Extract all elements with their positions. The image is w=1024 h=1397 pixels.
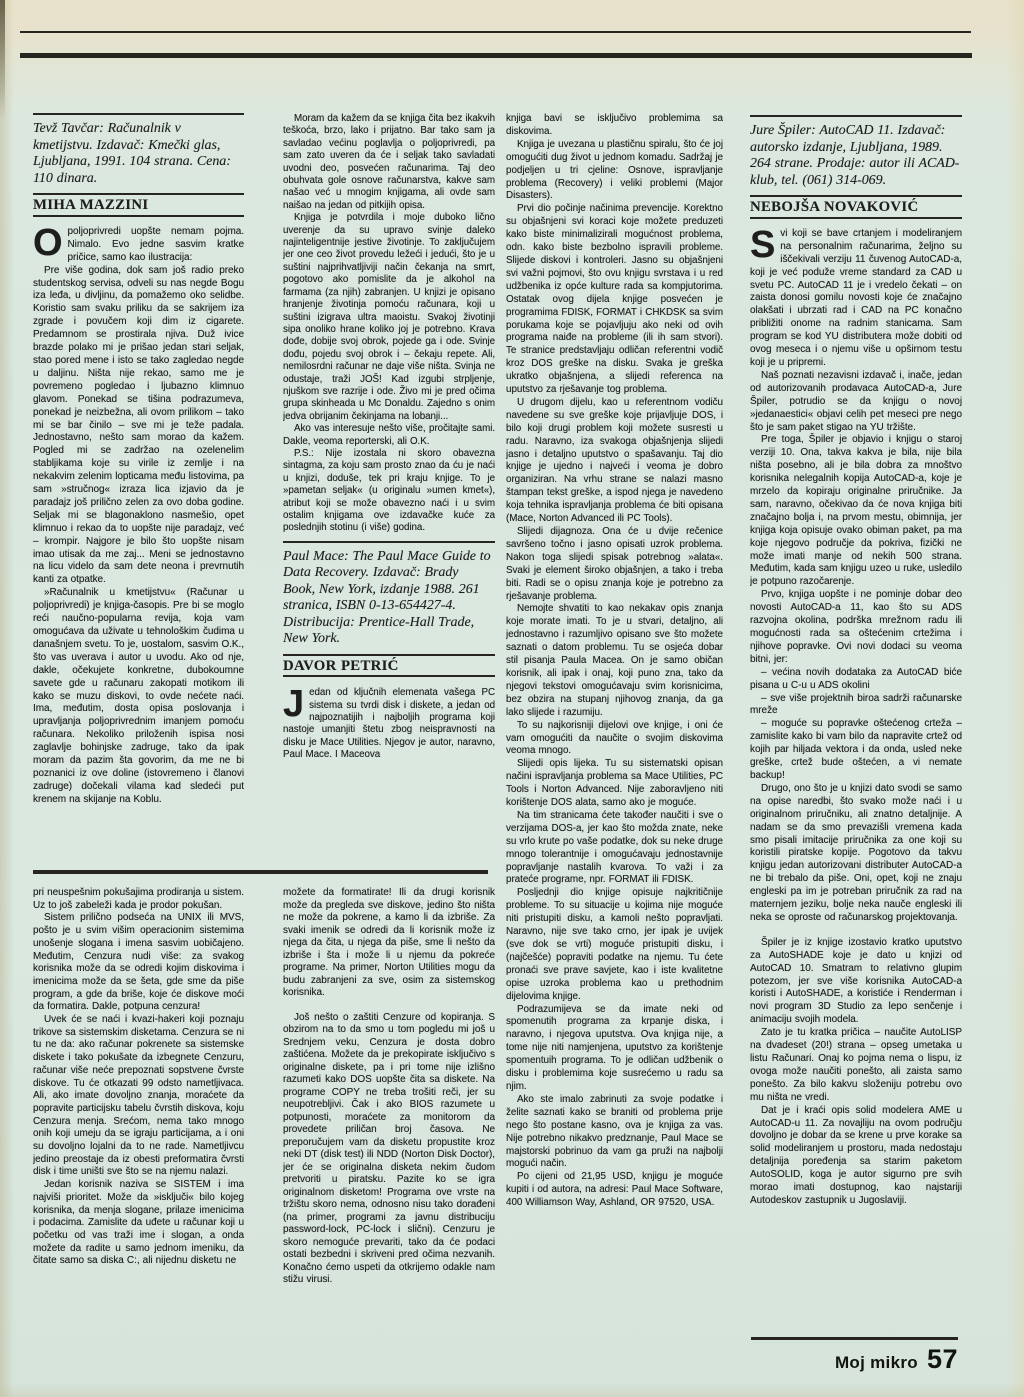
intro-text: vi koji se bave crtanjem i modeliranjem … — [750, 228, 962, 368]
drop-cap-s: S — [750, 228, 780, 260]
column-2-top: Moram da kažem da se knjiga čita bez ika… — [283, 113, 495, 870]
drop-cap-o: O — [33, 226, 68, 258]
paragraph: Uvek će se naći i kvazi-hakeri koji pozn… — [33, 1014, 244, 1179]
paper-edge-right — [1006, 0, 1024, 1397]
intro-text: poljoprivredi uopšte nemam pojma. Nimalo… — [68, 226, 244, 263]
intro-text: edan od ključnih elemenata vašega PC sis… — [283, 687, 495, 760]
column-2-bottom: možete da formatirate! Ili da drugi kori… — [283, 887, 495, 1335]
paragraph: Još nešto o zaštiti Cenzure od kopiranja… — [283, 1012, 495, 1287]
novakovic-col4-body: Naš poznati nezavisni izdavač i, inače, … — [750, 370, 962, 1208]
intro-paragraph-petric: Jedan od ključnih elemenata vašega PC si… — [283, 687, 495, 761]
intro-paragraph-mazzini: Opoljoprivredi uopšte nemam pojma. Nimal… — [33, 226, 244, 265]
paragraph: Knjiga je uvezana u plastičnu spiralu, š… — [506, 139, 723, 204]
paragraph: U drugom dijelu, kao u referentnom vodič… — [506, 397, 723, 526]
column-1-top: Tevž Tavčar: Računalnik v kmetijstvu. Iz… — [33, 113, 244, 868]
book-info-tavcar: Tevž Tavčar: Računalnik v kmetijstvu. Iz… — [33, 113, 244, 193]
paragraph: Knjiga je potvrdila i moje duboko lično … — [283, 212, 495, 423]
author-heading-mazzini: MIHA MAZZINI — [33, 193, 244, 217]
paragraph: Posljednji dio knjige opisuje najkritičn… — [506, 887, 723, 1003]
paragraph: Slijedi dijagnoza. Ona će u dvije rečeni… — [506, 526, 723, 603]
paragraph: Nemojte shvatiti to kao nekakav opis zna… — [506, 603, 723, 719]
paragraph: Prvo, knjiga uopšte i ne pominje dobar d… — [750, 589, 962, 666]
magazine-name: Moj mikro — [835, 1353, 918, 1372]
paragraph: Pre toga, Špiler je objavio i knjigu o s… — [750, 434, 962, 589]
paragraph: Prvi dio počinje načinima prevencije. Ko… — [506, 203, 723, 397]
top-thin-rule — [20, 31, 971, 33]
drop-cap-j: J — [283, 687, 309, 719]
paragraph: »Računalnik u kmetijstvu« (Računar u pol… — [33, 587, 244, 806]
magazine-page: Tevž Tavčar: Računalnik v kmetijstvu. Iz… — [0, 0, 1024, 1397]
paragraph: – sve više projektnih biroa sadrži račun… — [750, 693, 962, 719]
top-thick-rule — [20, 53, 972, 58]
paragraph: Moram da kažem da se knjiga čita bez ika… — [283, 113, 495, 212]
paper-edge-left — [0, 0, 14, 1397]
paragraph: Drugo, ono što je u knjizi dato svodi se… — [750, 783, 962, 925]
paragraph: Naš poznati nezavisni izdavač i, inače, … — [750, 370, 962, 435]
author-heading-novakovic: NEBOJŠA NOVAKOVIĆ — [750, 195, 962, 219]
column-4: Jure Špiler: AutoCAD 11. Izdavač: autors… — [750, 115, 962, 1325]
section-divider-rule — [33, 870, 488, 874]
paragraph: Zato je tu kratka pričica – naučite Auto… — [750, 1027, 962, 1104]
author-heading-petric: DAVOR PETRIĆ — [283, 654, 495, 677]
paragraph: Po cijeni od 21,95 USD, knjigu je moguće… — [506, 1171, 723, 1210]
petric-col3-body: knjiga bavi se isključivo problemima sa … — [506, 113, 723, 1210]
paragraph: pri neuspešnim pokušajima prodiranja u s… — [33, 887, 244, 912]
cenzura-col1-body: pri neuspešnim pokušajima prodiranja u s… — [33, 887, 244, 1268]
paragraph: Pre više godina, dok sam još radio preko… — [33, 265, 244, 588]
paragraph: knjiga bavi se isključivo problemima sa … — [506, 113, 723, 139]
paragraph: P.S.: Nije izostala ni skoro obavezna si… — [283, 448, 495, 535]
column-1-bottom: pri neuspešnim pokušajima prodiranja u s… — [33, 887, 244, 1330]
paragraph: Slijedi opis lijeka. Tu su sistematski o… — [506, 758, 723, 810]
paper-edge-bottom — [0, 1383, 1024, 1397]
paragraph: – većina novih dodataka za AutoCAD biće … — [750, 667, 962, 693]
paragraph: Podrazumijeva se da imate neki od spomen… — [506, 1004, 723, 1094]
mazzini-col1-body: Pre više godina, dok sam još radio preko… — [33, 265, 244, 807]
paragraph: To su najkorisniji dijelovi ove knjige, … — [506, 720, 723, 759]
book-info-mace: Paul Mace: The Paul Mace Guide to Data R… — [283, 541, 495, 654]
book-info-spiler: Jure Špiler: AutoCAD 11. Izdavač: autors… — [750, 115, 962, 195]
footer-rule — [751, 1337, 958, 1340]
page-number: 57 — [927, 1344, 958, 1374]
column-3: knjiga bavi se isključivo problemima sa … — [506, 113, 723, 1325]
intro-paragraph-novakovic: Svi koji se bave crtanjem i modeliranjem… — [750, 228, 962, 370]
paragraph: – moguće su popravke oštećenog crteža – … — [750, 718, 962, 783]
paragraph: Ako ste imalo zabrinuti za svoje podatke… — [506, 1094, 723, 1171]
cenzura-col2-body: možete da formatirate! Ili da drugi kori… — [283, 887, 495, 1287]
page-footer: Moj mikro57 — [700, 1344, 958, 1375]
paragraph: Ako vas interesuje nešto više, pročitajt… — [283, 423, 495, 448]
paragraph: Sistem prilično podseća na UNIX ili MVS,… — [33, 912, 244, 1014]
paragraph: Jedan korisnik naziva se SISTEM i ima na… — [33, 1179, 244, 1268]
mazzini-col2-body: Moram da kažem da se knjiga čita bez ika… — [283, 113, 495, 535]
paragraph: Špiler je iz knjige izostavio kratko upu… — [750, 937, 962, 1027]
paragraph: Na tim stranicama ćete također naučiti i… — [506, 810, 723, 887]
paper-corner-smudge — [0, 0, 5, 120]
paragraph: možete da formatirate! Ili da drugi kori… — [283, 887, 495, 1000]
paragraph: Dat je i kraći opis solid modelera AME u… — [750, 1105, 962, 1208]
